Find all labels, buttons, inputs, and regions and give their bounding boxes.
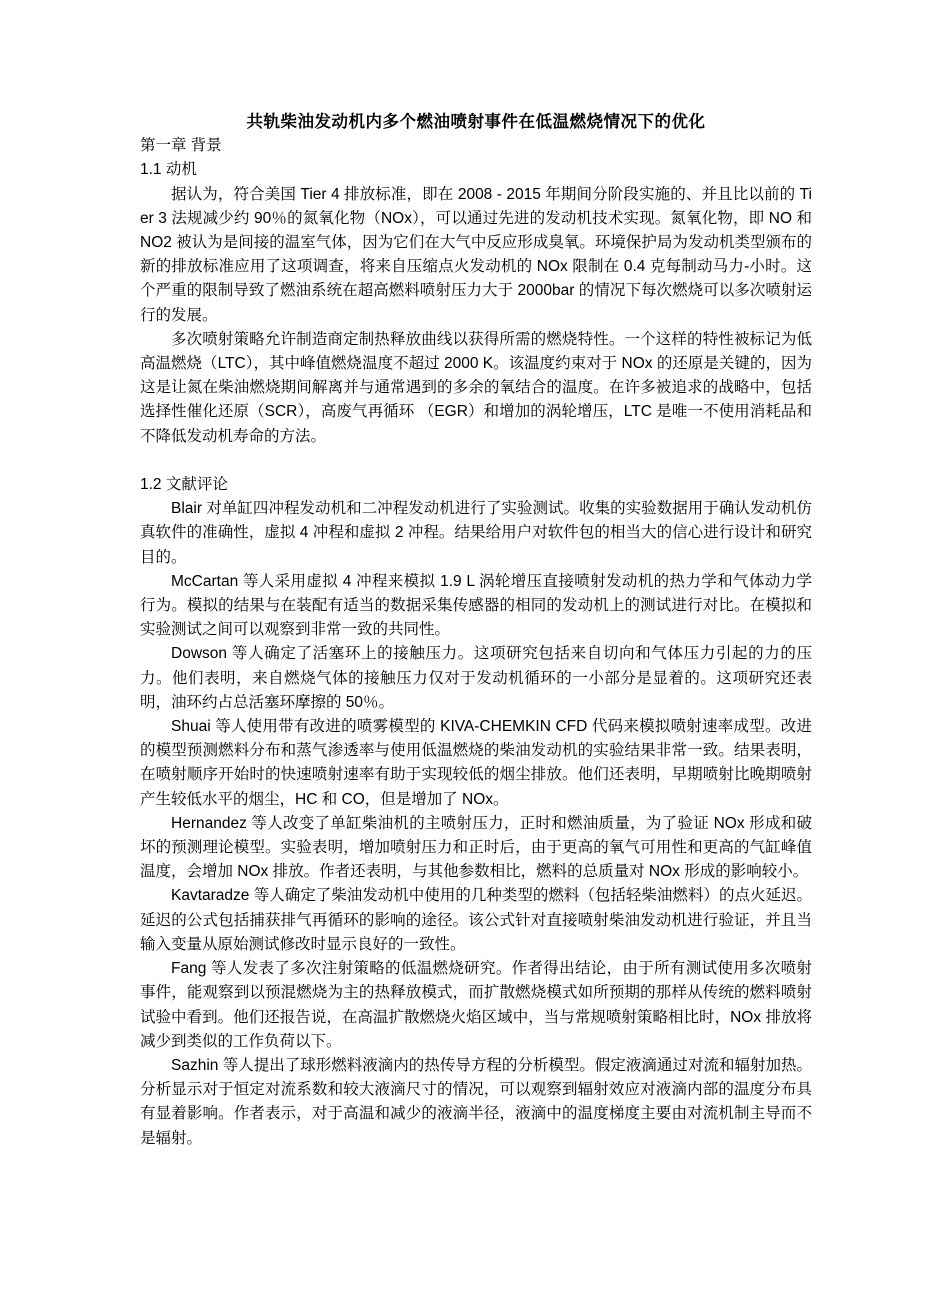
- paragraph-fang: Fang 等人发表了多次注射策略的低温燃烧研究。作者得出结论，由于所有测试使用多…: [140, 957, 812, 1054]
- paragraph-tier4-emissions: 据认为，符合美国 Tier 4 排放标准，即在 2008 - 2015 年期间分…: [140, 183, 812, 328]
- paragraph-mccartan: McCartan 等人采用虚拟 4 冲程来模拟 1.9 L 涡轮增压直接喷射发动…: [140, 570, 812, 643]
- paragraph-blair: Blair 对单缸四冲程发动机和二冲程发动机进行了实验测试。收集的实验数据用于确…: [140, 497, 812, 570]
- document-title: 共轨柴油发动机内多个燃油喷射事件在低温燃烧情况下的优化: [140, 110, 812, 134]
- chapter-heading: 第一章 背景: [140, 134, 812, 158]
- document-page: 共轨柴油发动机内多个燃油喷射事件在低温燃烧情况下的优化 第一章 背景 1.1 动…: [140, 110, 812, 1151]
- paragraph-hernandez: Hernandez 等人改变了单缸柴油机的主喷射压力，正时和燃油质量，为了验证 …: [140, 812, 812, 885]
- paragraph-shuai: Shuai 等人使用带有改进的喷雾模型的 KIVA-CHEMKIN CFD 代码…: [140, 715, 812, 812]
- paragraph-sazhin: Sazhin 等人提出了球形燃料液滴内的热传导方程的分析模型。假定液滴通过对流和…: [140, 1054, 812, 1151]
- section-heading-literature-review: 1.2 文献评论: [140, 473, 812, 497]
- paragraph-ltc-strategy: 多次喷射策略允许制造商定制热释放曲线以获得所需的燃烧特性。一个这样的特性被标记为…: [140, 328, 812, 449]
- paragraph-kavtaradze: Kavtaradze 等人确定了柴油发动机中使用的几种类型的燃料（包括轻柴油燃料…: [140, 884, 812, 957]
- section-heading-motivation: 1.1 动机: [140, 158, 812, 182]
- paragraph-dowson: Dowson 等人确定了活塞环上的接触压力。这项研究包括来自切向和气体压力引起的…: [140, 642, 812, 715]
